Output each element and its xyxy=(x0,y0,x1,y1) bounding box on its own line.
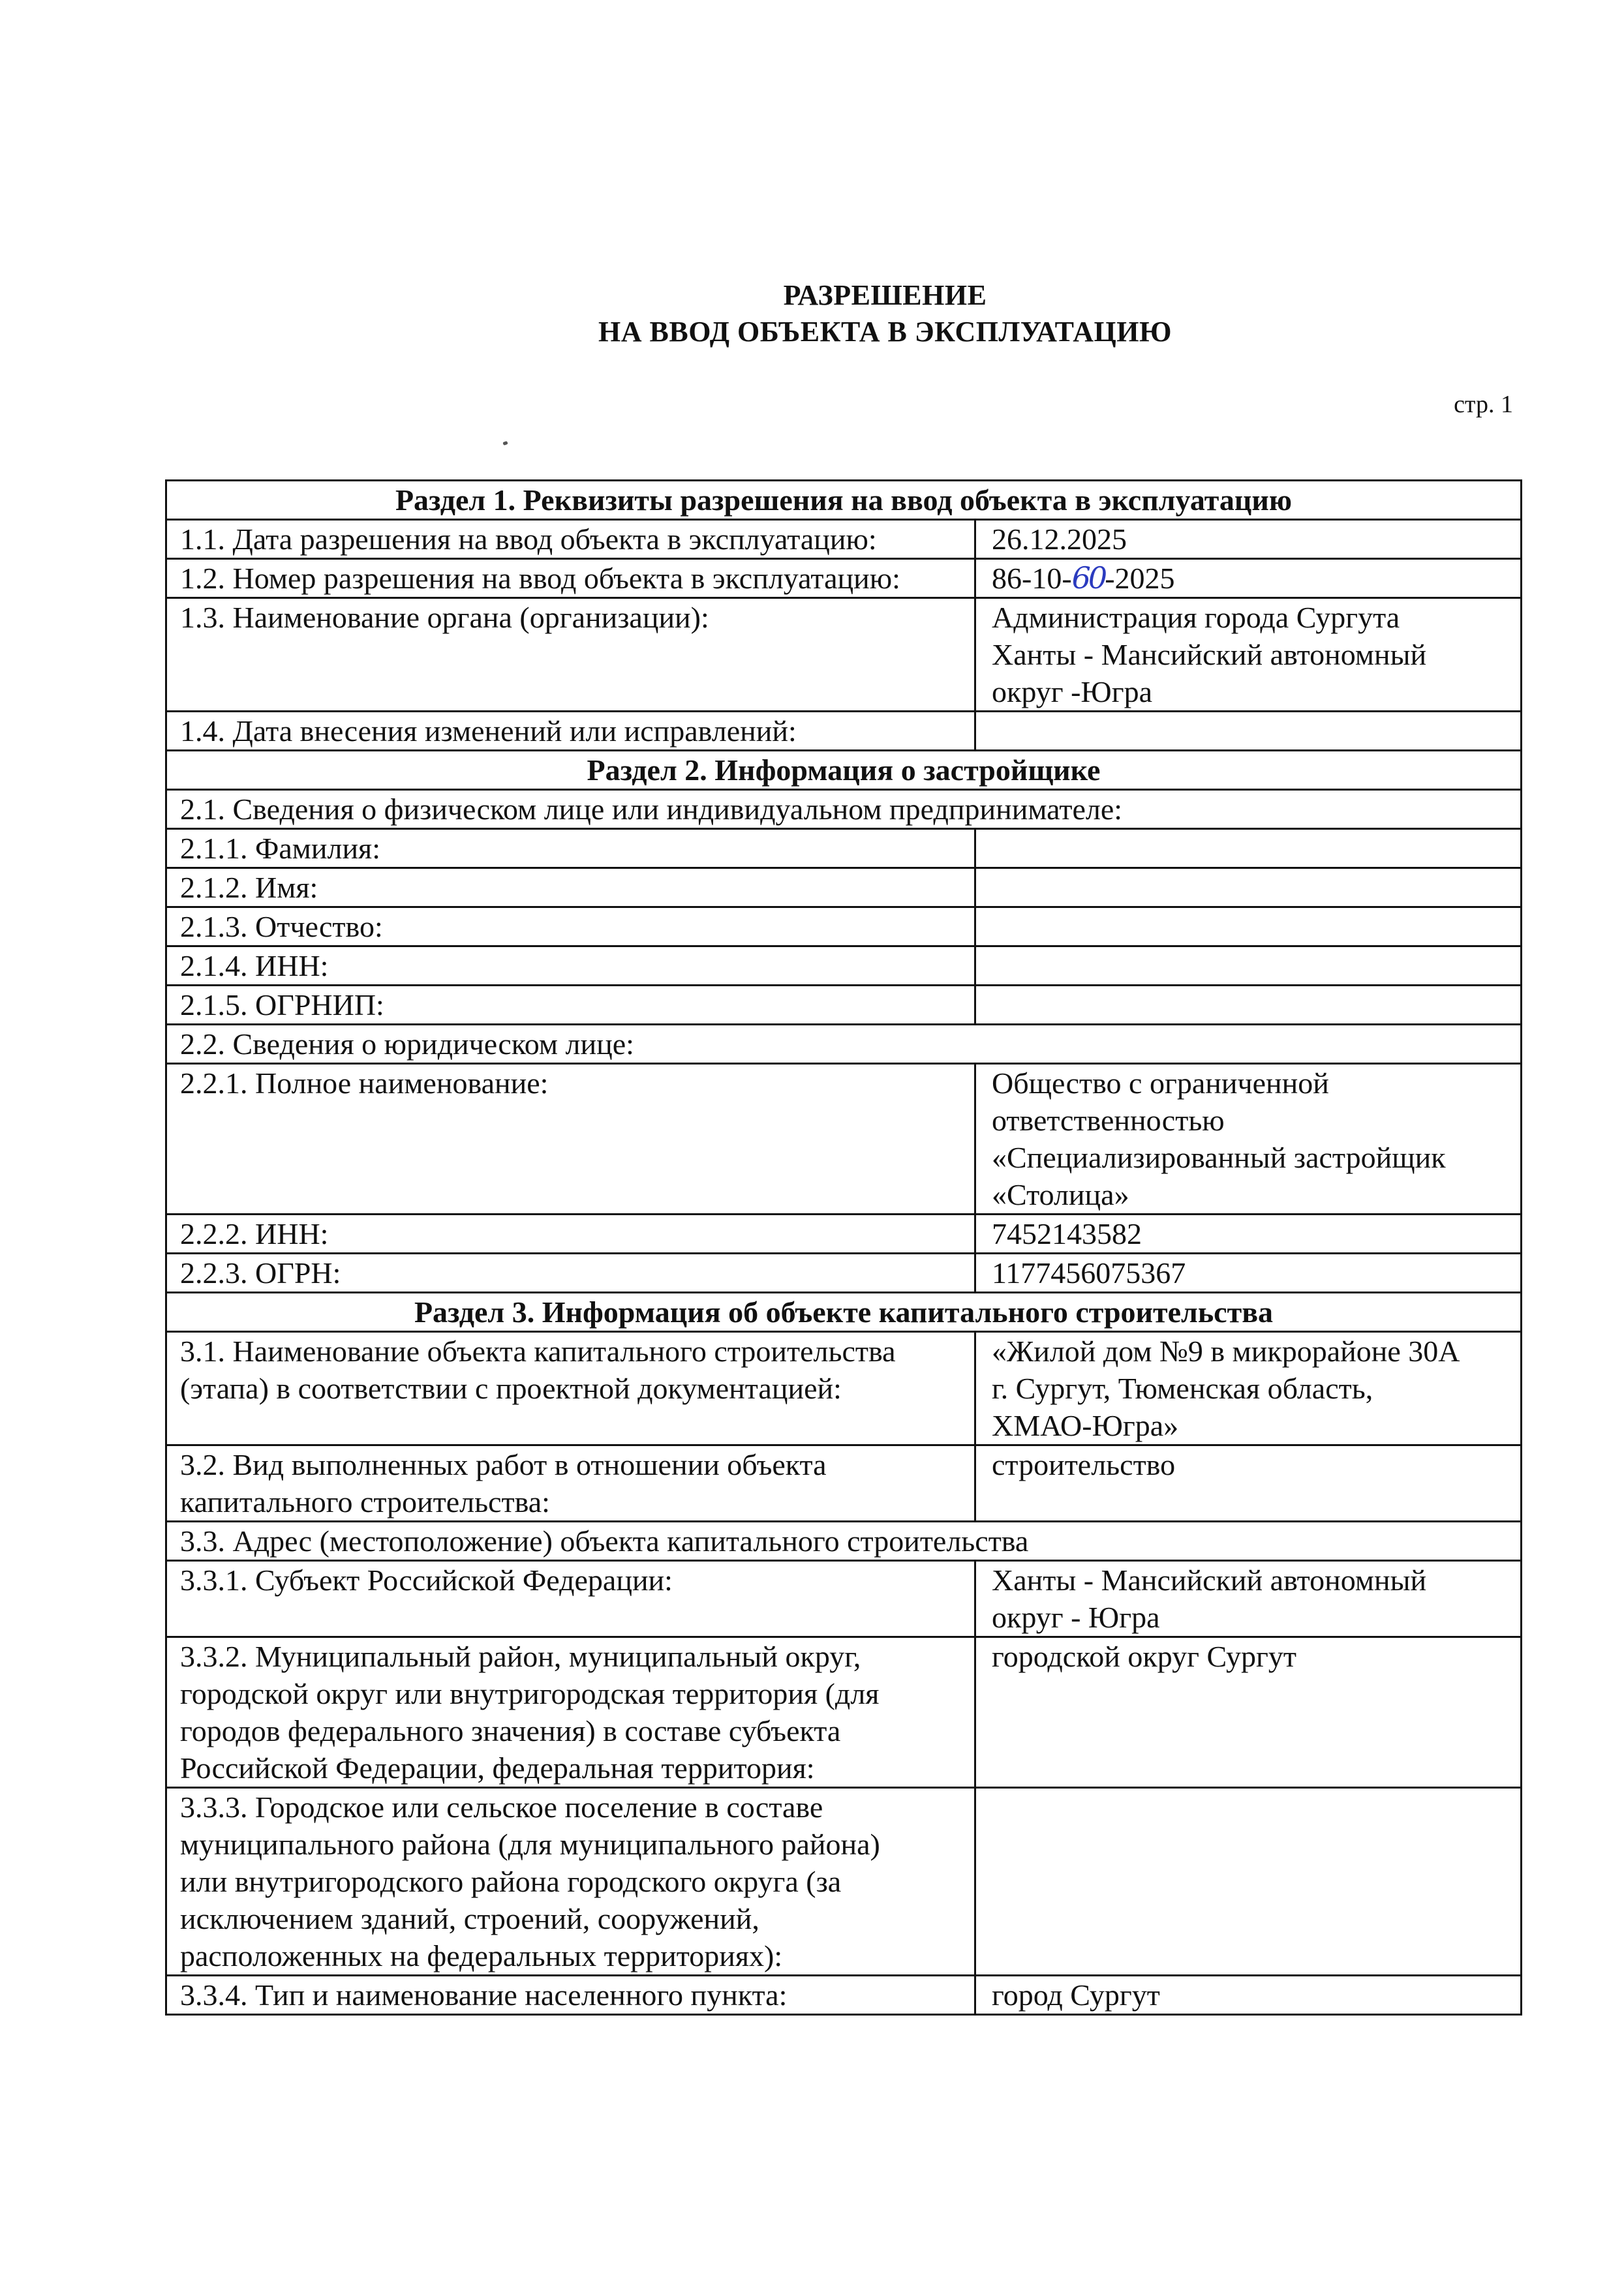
section-3-header-row: Раздел 3. Информация об объекте капиталь… xyxy=(166,1293,1522,1332)
permit-number-value: 86-10-60-2025 xyxy=(975,559,1522,598)
label-line: городов федерального значения) в составе… xyxy=(180,1712,974,1749)
field-label: 2.1.4. ИНН: xyxy=(166,946,975,986)
field-label: 3.1. Наименование объекта капитального с… xyxy=(166,1332,975,1445)
value-line: город Сургут xyxy=(992,1976,1520,2014)
value-line: «Жилой дом №9 в микрорайоне 30А xyxy=(992,1333,1520,1370)
individual-inn-value xyxy=(975,946,1522,986)
surname-value xyxy=(975,829,1522,868)
table-row: 2.1.1. Фамилия: xyxy=(166,829,1522,868)
value-line: городской округ Сургут xyxy=(992,1638,1520,1675)
table-row: 1.1. Дата разрешения на ввод объекта в э… xyxy=(166,520,1522,559)
value-line: Ханты - Мансийский автономный xyxy=(992,636,1520,673)
table-row: 3.2. Вид выполненных работ в отношении о… xyxy=(166,1445,1522,1522)
label-line: расположенных на федеральных территориях… xyxy=(180,1937,974,1974)
subsection-row: 3.3. Адрес (местоположение) объекта капи… xyxy=(166,1522,1522,1561)
label-line: 3.3.3. Городское или сельское поселение … xyxy=(180,1789,974,1826)
subsection-row: 2.2. Сведения о юридическом лице: xyxy=(166,1025,1522,1064)
patronymic-value xyxy=(975,907,1522,946)
section-2-heading: Раздел 2. Информация о застройщике xyxy=(166,751,1522,790)
handwritten-number: 60 xyxy=(1072,560,1105,596)
field-label: 3.3.1. Субъект Российской Федерации: xyxy=(166,1561,975,1637)
table-row: 1.2. Номер разрешения на ввод объекта в … xyxy=(166,559,1522,598)
table-row: 2.1.3. Отчество: xyxy=(166,907,1522,946)
value-line: округ -Югра xyxy=(992,673,1520,710)
label-line: 3.1. Наименование объекта капитального с… xyxy=(180,1333,974,1370)
table-row: 1.3. Наименование органа (организации): … xyxy=(166,598,1522,712)
ogrn-value: 1177456075367 xyxy=(975,1254,1522,1293)
field-label: 1.3. Наименование органа (организации): xyxy=(166,598,975,712)
table-row: 2.2.3. ОГРН: 1177456075367 xyxy=(166,1254,1522,1293)
label-line: исключением зданий, строений, сооружений… xyxy=(180,1900,974,1937)
amendment-date-value xyxy=(975,712,1522,751)
value-line: округ - Югра xyxy=(992,1599,1520,1636)
value-line: Общество с ограниченной xyxy=(992,1065,1520,1102)
table-row: 3.3.4. Тип и наименование населенного пу… xyxy=(166,1976,1522,2015)
federal-subject-value: Ханты - Мансийский автономный округ - Юг… xyxy=(975,1561,1522,1637)
value-line: г. Сургут, Тюменская область, xyxy=(992,1370,1520,1407)
permit-date-value: 26.12.2025 xyxy=(975,520,1522,559)
field-label: 2.1.2. Имя: xyxy=(166,868,975,907)
individual-subsection-heading: 2.1. Сведения о физическом лице или инди… xyxy=(166,790,1522,829)
section-1-header-row: Раздел 1. Реквизиты разрешения на ввод о… xyxy=(166,481,1522,520)
scan-speck xyxy=(502,441,508,446)
value-line: ХМАО-Югра» xyxy=(992,1407,1520,1444)
first-name-value xyxy=(975,868,1522,907)
work-type-value: строительство xyxy=(975,1445,1522,1522)
field-label: 3.3.4. Тип и наименование населенного пу… xyxy=(166,1976,975,2015)
value-line: ответственностью xyxy=(992,1102,1520,1139)
label-line: муниципального района (для муниципальног… xyxy=(180,1826,974,1863)
permit-number-suffix: -2025 xyxy=(1105,562,1174,595)
permit-form-table: Раздел 1. Реквизиты разрешения на ввод о… xyxy=(165,479,1522,2016)
value-line: «Столица» xyxy=(992,1176,1520,1213)
label-line: 3.3.2. Муниципальный район, муниципальны… xyxy=(180,1638,974,1675)
label-line: Российской Федерации, федеральная террит… xyxy=(180,1749,974,1787)
label-line: 3.3.1. Субъект Российской Федерации: xyxy=(180,1562,974,1599)
settlement-value xyxy=(975,1788,1522,1976)
field-label: 2.1.3. Отчество: xyxy=(166,907,975,946)
label-line: или внутригородского района городского о… xyxy=(180,1863,974,1900)
field-label: 1.2. Номер разрешения на ввод объекта в … xyxy=(166,559,975,598)
legal-inn-value: 7452143582 xyxy=(975,1215,1522,1254)
table-row: 2.2.2. ИНН: 7452143582 xyxy=(166,1215,1522,1254)
field-label: 2.2.3. ОГРН: xyxy=(166,1254,975,1293)
legal-entity-subsection-heading: 2.2. Сведения о юридическом лице: xyxy=(166,1025,1522,1064)
permit-number-prefix: 86-10- xyxy=(992,562,1072,595)
field-label: 2.2.2. ИНН: xyxy=(166,1215,975,1254)
label-line: 3.2. Вид выполненных работ в отношении о… xyxy=(180,1446,974,1483)
field-label: 2.1.1. Фамилия: xyxy=(166,829,975,868)
section-2-header-row: Раздел 2. Информация о застройщике xyxy=(166,751,1522,790)
label-line: капитального строительства: xyxy=(180,1483,974,1520)
municipality-value: городской округ Сургут xyxy=(975,1637,1522,1788)
table-row: 2.1.5. ОГРНИП: xyxy=(166,986,1522,1025)
section-1-heading: Раздел 1. Реквизиты разрешения на ввод о… xyxy=(166,481,1522,520)
label-line: (этапа) в соответствии с проектной докум… xyxy=(180,1370,974,1407)
subsection-row: 2.1. Сведения о физическом лице или инди… xyxy=(166,790,1522,829)
address-subsection-heading: 3.3. Адрес (местоположение) объекта капи… xyxy=(166,1522,1522,1561)
document-subtitle: НА ВВОД ОБЪЕКТА В ЭКСПЛУАТАЦИЮ xyxy=(73,314,1624,350)
document-title: РАЗРЕШЕНИЕ xyxy=(73,277,1624,314)
field-label: 3.2. Вид выполненных работ в отношении о… xyxy=(166,1445,975,1522)
table-row: 3.3.1. Субъект Российской Федерации: Хан… xyxy=(166,1561,1522,1637)
table-row: 3.3.3. Городское или сельское поселение … xyxy=(166,1788,1522,1976)
field-label: 1.4. Дата внесения изменений или исправл… xyxy=(166,712,975,751)
authority-name-value: Администрация города Сургута Ханты - Ман… xyxy=(975,598,1522,712)
field-label: 1.1. Дата разрешения на ввод объекта в э… xyxy=(166,520,975,559)
legal-name-value: Общество с ограниченной ответственностью… xyxy=(975,1064,1522,1215)
value-line: Администрация города Сургута xyxy=(992,599,1520,636)
field-label: 3.3.2. Муниципальный район, муниципальны… xyxy=(166,1637,975,1788)
label-line: 3.3.4. Тип и наименование населенного пу… xyxy=(180,1976,974,2014)
table-row: 1.4. Дата внесения изменений или исправл… xyxy=(166,712,1522,751)
section-3-heading: Раздел 3. Информация об объекте капиталь… xyxy=(166,1293,1522,1332)
value-line: строительство xyxy=(992,1446,1520,1483)
table-row: 2.1.2. Имя: xyxy=(166,868,1522,907)
page-number: стр. 1 xyxy=(1454,390,1513,419)
object-name-value: «Жилой дом №9 в микрорайоне 30А г. Сургу… xyxy=(975,1332,1522,1445)
value-line: «Специализированный застройщик xyxy=(992,1139,1520,1176)
table-row: 3.3.2. Муниципальный район, муниципальны… xyxy=(166,1637,1522,1788)
table-row: 2.2.1. Полное наименование: Общество с о… xyxy=(166,1064,1522,1215)
field-label: 2.2.1. Полное наименование: xyxy=(166,1064,975,1215)
label-line: городской округ или внутригородская терр… xyxy=(180,1675,974,1712)
field-label: 2.1.5. ОГРНИП: xyxy=(166,986,975,1025)
value-line: Ханты - Мансийский автономный xyxy=(992,1562,1520,1599)
ogrnip-value xyxy=(975,986,1522,1025)
locality-value: город Сургут xyxy=(975,1976,1522,2015)
field-label: 3.3.3. Городское или сельское поселение … xyxy=(166,1788,975,1976)
table-row: 3.1. Наименование объекта капитального с… xyxy=(166,1332,1522,1445)
table-row: 2.1.4. ИНН: xyxy=(166,946,1522,986)
